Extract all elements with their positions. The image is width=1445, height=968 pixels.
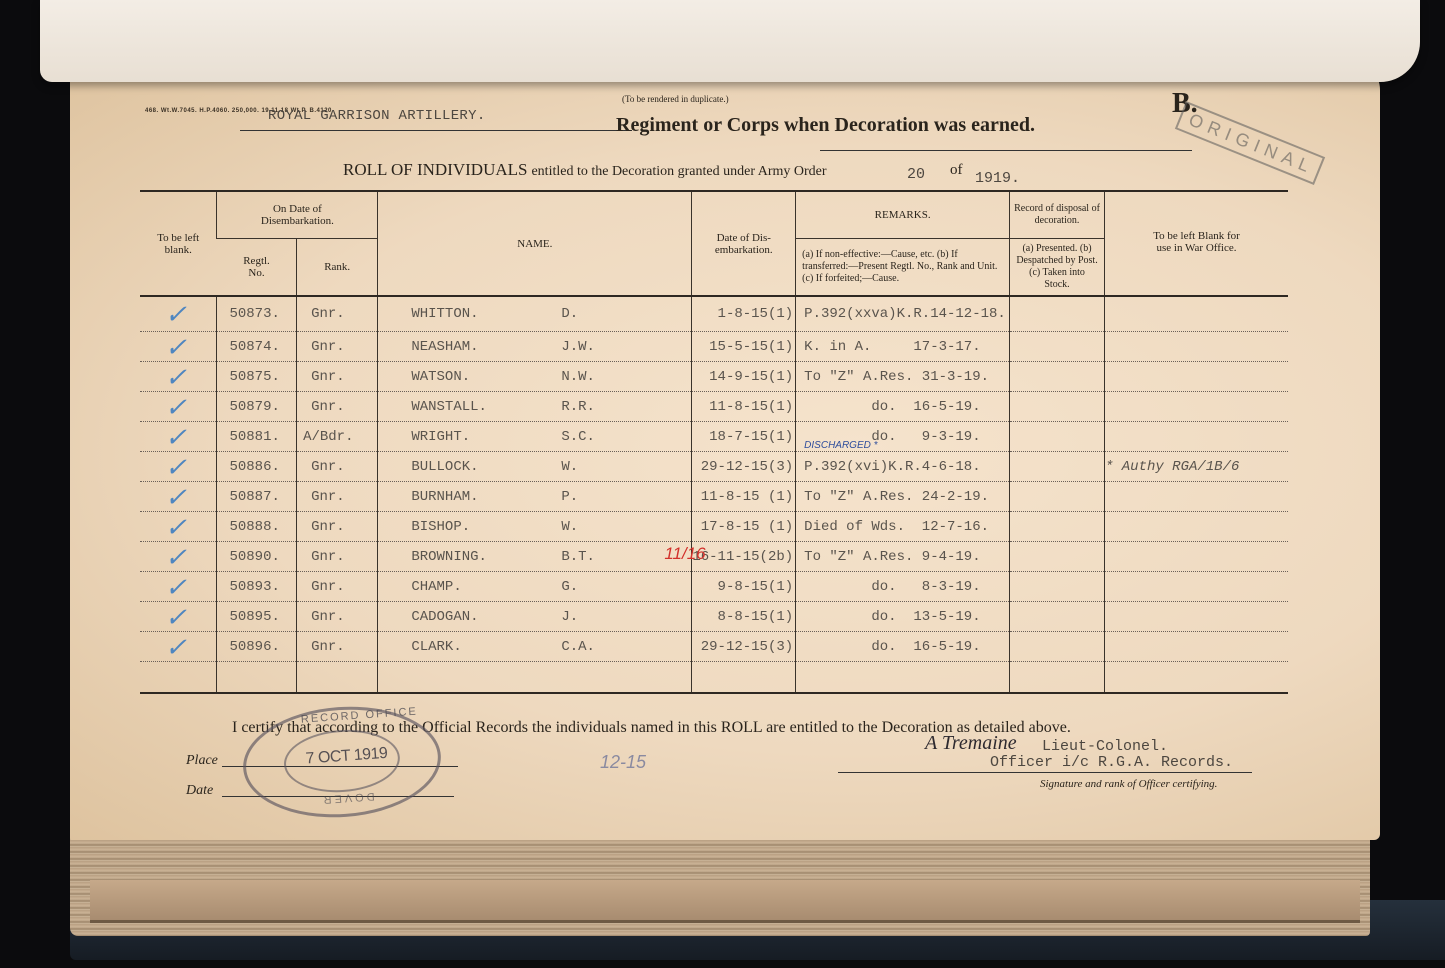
header-disposal: Record of disposal of decoration. (1010, 191, 1105, 239)
disembarkation-date: 14-9-15(1) (692, 362, 796, 392)
regtl-no: 50873. (217, 296, 297, 332)
roll-table: To be left blank. On Date of Disembarkat… (140, 190, 1288, 694)
disposal (1010, 572, 1105, 602)
surname: CADOGAN. (378, 609, 561, 625)
check-mark-icon: ✓ (137, 301, 220, 327)
rank: Gnr. (297, 362, 378, 392)
check-mark-icon: ✓ (137, 424, 220, 450)
regtl-no: 50875. (217, 362, 297, 392)
remarks: do. 13-5-19. (796, 602, 1010, 632)
of-label: of (950, 162, 963, 179)
header-date-of-disembarkation: Date of Dis-embarkation. (692, 191, 796, 296)
check-mark-icon: ✓ (137, 334, 220, 360)
signature-caption: Signature and rank of Officer certifying… (1040, 778, 1217, 790)
disembarkation-date: 18-7-15(1) (692, 422, 796, 452)
header-disposal-sub: (a) Presented. (b) Despatched by Post. (… (1010, 239, 1105, 297)
remarks: do. 16-5-19. (796, 632, 1010, 662)
name-cell: WATSON.N.W. (378, 362, 692, 392)
war-office-cell (1104, 482, 1288, 512)
surname: BROWNING. (378, 549, 561, 565)
surname: BURNHAM. (378, 489, 561, 505)
war-office-cell (1104, 572, 1288, 602)
regtl-no: 50888. (217, 512, 297, 542)
check-mark-icon: ✓ (137, 394, 220, 420)
name-cell: BROWNING.B.T. (378, 542, 692, 572)
officer-title: Officer i/c R.G.A. Records. (990, 754, 1233, 771)
table-row: ✓50886.Gnr.BULLOCK.W.29-12-15(3)DISCHARG… (140, 452, 1288, 482)
regiment-typed: ROYAL GARRISON ARTILLERY. (268, 108, 486, 124)
check-mark-icon: ✓ (137, 604, 220, 630)
signature-line (838, 772, 1252, 773)
war-office-cell (1104, 296, 1288, 332)
army-order-number: 20 (907, 166, 925, 183)
disembarkation-date: 8-8-15(1) (692, 602, 796, 632)
initials: S.C. (561, 429, 595, 445)
surname: CLARK. (378, 639, 561, 655)
table-row: ✓50875.Gnr.WATSON.N.W.14-9-15(1)To "Z" A… (140, 362, 1288, 392)
war-office-cell (1104, 392, 1288, 422)
name-cell: CHAMP.G. (378, 572, 692, 602)
table-row: ✓50874.Gnr.NEASHAM.J.W.15-5-15(1)K. in A… (140, 332, 1288, 362)
date-label: Date (186, 783, 213, 799)
rank: Gnr. (297, 572, 378, 602)
name-cell: BISHOP.W. (378, 512, 692, 542)
surname: BULLOCK. (378, 459, 561, 475)
remarks: P.392(xxva)K.R.14-12-18. (796, 296, 1010, 332)
rank: Gnr. (297, 392, 378, 422)
header-regtl-no: Regtl. No. (217, 239, 297, 297)
disposal (1010, 482, 1105, 512)
remarks-cell: DISCHARGED *P.392(xvi)K.R.4-6-18. (796, 452, 1010, 482)
header-left-blank: To be left blank. (140, 191, 217, 296)
regtl-no: 50881. (217, 422, 297, 452)
disposal (1010, 542, 1105, 572)
initials: D. (561, 306, 578, 322)
rank: Gnr. (297, 602, 378, 632)
table-row: ✓50887.Gnr.BURNHAM.P.11-8-15 (1)To "Z" A… (140, 482, 1288, 512)
header-name: NAME. (378, 191, 692, 296)
check-mark-icon: ✓ (137, 484, 220, 510)
name-cell: CLARK.C.A. (378, 632, 692, 662)
war-office-cell (1104, 632, 1288, 662)
red-correction: 11/16 (664, 544, 705, 564)
regtl-no: 50890. (217, 542, 297, 572)
surname: NEASHAM. (378, 339, 561, 355)
officer-signature: A Tremaine (925, 732, 1017, 755)
table-row: ✓50873.Gnr.WHITTON.D.1-8-15(1)P.392(xxva… (140, 296, 1288, 332)
initials: J. (561, 609, 578, 625)
rank: A/Bdr. (297, 422, 378, 452)
duplicate-note: (To be rendered in duplicate.) (622, 94, 729, 104)
disposal (1010, 602, 1105, 632)
war-office-cell (1104, 422, 1288, 452)
name-cell: WANSTALL.R.R. (378, 392, 692, 422)
discharged-annotation: DISCHARGED * (804, 440, 877, 451)
army-order-year: 1919. (975, 170, 1020, 187)
surname: BISHOP. (378, 519, 561, 535)
disembarkation-date: 17-8-15 (1) (692, 512, 796, 542)
header-remarks-sub: (a) If non-effective:—Cause, etc. (b) If… (796, 239, 1010, 297)
war-office-cell (1104, 332, 1288, 362)
disposal (1010, 512, 1105, 542)
header-rank: Rank. (297, 239, 378, 297)
table-row-blank (140, 662, 1288, 694)
check-mark-icon: ✓ (137, 454, 220, 480)
war-office-cell (1104, 542, 1288, 572)
roll-title: ROLL OF INDIVIDUALS entitled to the Deco… (343, 160, 827, 180)
initials: R.R. (561, 399, 595, 415)
war-office-cell (1104, 602, 1288, 632)
table-row: ✓50888.Gnr.BISHOP.W.17-8-15 (1)Died of W… (140, 512, 1288, 542)
regiment-underline (240, 130, 632, 131)
remarks: do. 8-3-19. (796, 572, 1010, 602)
rank: Gnr. (297, 452, 378, 482)
surname: WANSTALL. (378, 399, 561, 415)
disembarkation-date: 1-8-15(1) (692, 296, 796, 332)
table-row: ✓50893.Gnr.CHAMP.G.9-8-15(1) do. 8-3-19. (140, 572, 1288, 602)
regtl-no: 50886. (217, 452, 297, 482)
stamp-bottom-text: DOVER (320, 790, 375, 806)
disembarkation-date: 29-12-15(3) (692, 452, 796, 482)
name-cell: BURNHAM.P. (378, 482, 692, 512)
initials: N.W. (561, 369, 595, 385)
disposal (1010, 632, 1105, 662)
regtl-no: 50887. (217, 482, 297, 512)
name-cell: WRIGHT.S.C. (378, 422, 692, 452)
disposal (1010, 296, 1105, 332)
check-mark-icon: ✓ (137, 544, 220, 570)
regtl-no: 50879. (217, 392, 297, 422)
rank: Gnr. (297, 542, 378, 572)
surname: WRIGHT. (378, 429, 561, 445)
initials: J.W. (561, 339, 595, 355)
disembarkation-date: 16-11-15(2b) (692, 549, 793, 565)
check-mark-icon: ✓ (137, 574, 220, 600)
name-cell: WHITTON.D. (378, 296, 692, 332)
table-row: ✓50896.Gnr.CLARK.C.A.29-12-15(3) do. 16-… (140, 632, 1288, 662)
officer-rank: Lieut-Colonel. (1042, 738, 1168, 755)
initials: B.T. (561, 549, 595, 565)
check-mark-icon: ✓ (137, 364, 220, 390)
surname: CHAMP. (378, 579, 561, 595)
disembarkation-date: 11-8-15(1) (692, 392, 796, 422)
disembarkation-date: 9-8-15(1) (692, 572, 796, 602)
remarks: do. 16-5-19. (796, 392, 1010, 422)
remarks: P.392(xvi)K.R.4-6-18. (804, 459, 980, 475)
header-remarks: REMARKS. (796, 191, 1010, 239)
disposal (1010, 422, 1105, 452)
war-office-cell (1104, 512, 1288, 542)
disembarkation-date: 11-8-15 (1) (692, 482, 796, 512)
surname: WHITTON. (378, 306, 561, 322)
rank: Gnr. (297, 482, 378, 512)
disposal (1010, 332, 1105, 362)
regtl-no: 50895. (217, 602, 297, 632)
table-row: ✓50895.Gnr.CADOGAN.J.8-8-15(1) do. 13-5-… (140, 602, 1288, 632)
disposal (1010, 362, 1105, 392)
check-mark-icon: ✓ (137, 634, 220, 660)
place-label: Place (186, 753, 218, 769)
initials: C.A. (561, 639, 595, 655)
disposal (1010, 452, 1105, 482)
regiment-label: Regiment or Corps when Decoration was ea… (616, 114, 1035, 137)
war-office-cell: * Authy RGA/1B/6 (1104, 452, 1288, 482)
war-office-cell (1104, 362, 1288, 392)
page-edges-lower (90, 880, 1360, 923)
rank: Gnr. (297, 512, 378, 542)
check-mark-icon: ✓ (137, 514, 220, 540)
rank: Gnr. (297, 296, 378, 332)
initials: P. (561, 489, 578, 505)
disembarkation-date: 29-12-15(3) (692, 632, 796, 662)
regtl-no: 50896. (217, 632, 297, 662)
regiment-underline-2 (820, 150, 1192, 151)
header-war-office: To be left Blank for use in War Office. (1104, 191, 1288, 296)
initials: G. (561, 579, 578, 595)
remarks: To "Z" A.Res. 31-3-19. (796, 362, 1010, 392)
regtl-no: 50893. (217, 572, 297, 602)
initials: W. (561, 459, 578, 475)
disembarkation-date: 15-5-15(1) (692, 332, 796, 362)
disposal (1010, 392, 1105, 422)
name-cell: CADOGAN.J. (378, 602, 692, 632)
name-cell: NEASHAM.J.W. (378, 332, 692, 362)
table-row: ✓50890.Gnr.BROWNING.B.T.11/1616-11-15(2b… (140, 542, 1288, 572)
disembarkation-date-cell: 11/1616-11-15(2b) (692, 542, 796, 572)
roll-title-big: ROLL OF INDIVIDUALS (343, 160, 527, 179)
remarks: To "Z" A.Res. 9-4-19. (796, 542, 1010, 572)
roll-title-rest: entitled to the Decoration granted under… (531, 164, 826, 179)
remarks: K. in A. 17-3-17. (796, 332, 1010, 362)
regtl-no: 50874. (217, 332, 297, 362)
surname: WATSON. (378, 369, 561, 385)
remarks: Died of Wds. 12-7-16. (796, 512, 1010, 542)
rank: Gnr. (297, 332, 378, 362)
name-cell: BULLOCK.W. (378, 452, 692, 482)
stamp-top-text: RECORD OFFICE (301, 706, 419, 726)
header-on-date-of-disembarkation: On Date of Disembarkation. (217, 191, 378, 239)
rank: Gnr. (297, 632, 378, 662)
turned-page-flap (40, 0, 1420, 82)
table-row: ✓50881.A/Bdr.WRIGHT.S.C.18-7-15(1) do. 9… (140, 422, 1288, 452)
remarks: To "Z" A.Res. 24-2-19. (796, 482, 1010, 512)
initials: W. (561, 519, 578, 535)
pencil-note: 12-15 (600, 752, 646, 773)
table-row: ✓50879.Gnr.WANSTALL.R.R.11-8-15(1) do. 1… (140, 392, 1288, 422)
